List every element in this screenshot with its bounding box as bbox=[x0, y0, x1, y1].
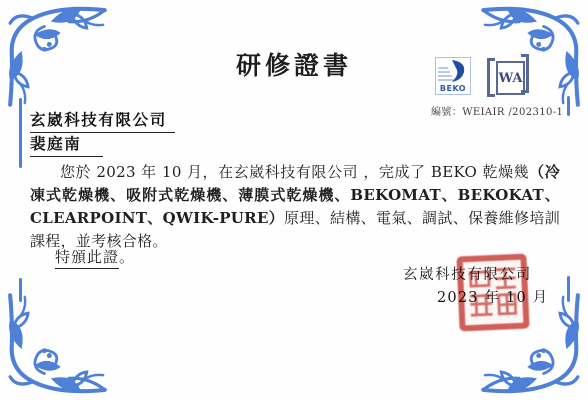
beko-swoosh-icon bbox=[436, 58, 470, 84]
edge-stem-decoration bbox=[19, 98, 22, 168]
closing-line: 特頒此證。 bbox=[55, 246, 134, 267]
body-segment: 您於 2023 年 10 月，在玄崴科技有限公司 ，完成了 BEKO 乾燥幾 bbox=[60, 163, 529, 181]
company-seal-stamp bbox=[456, 254, 529, 332]
certificate-page: 研修證書 BEKO WA 編號：WEIAIR /202310-1 玄崴科技有限公… bbox=[0, 0, 588, 400]
edge-stem-decoration bbox=[567, 96, 570, 116]
edge-stem-decoration bbox=[19, 278, 22, 302]
wa-logo-text: WA bbox=[496, 61, 525, 95]
recipient-person-name: 裴庭南 bbox=[30, 132, 103, 157]
body-paragraph: 您於 2023 年 10 月，在玄崴科技有限公司 ，完成了 BEKO 乾燥幾（冷… bbox=[30, 161, 560, 253]
wa-bracket-icon bbox=[487, 58, 495, 97]
certificate-number-value: WEIAIR /202310-1 bbox=[462, 107, 563, 118]
certificate-number-label: 編號： bbox=[431, 107, 462, 118]
recipient-company-name: 玄崴科技有限公司 bbox=[30, 108, 175, 133]
closing-text: 特頒此證 bbox=[55, 248, 119, 269]
seal-script-marks-icon bbox=[463, 260, 524, 325]
closing-period: 。 bbox=[119, 248, 134, 266]
corner-flourish-icon bbox=[2, 292, 108, 398]
beko-logo: BEKO bbox=[435, 57, 471, 95]
certificate-number: 編號：WEIAIR /202310-1 bbox=[431, 103, 563, 118]
edge-stem-decoration bbox=[567, 276, 570, 302]
beko-logo-text: BEKO bbox=[436, 84, 470, 93]
wa-logo: WA bbox=[487, 54, 531, 101]
